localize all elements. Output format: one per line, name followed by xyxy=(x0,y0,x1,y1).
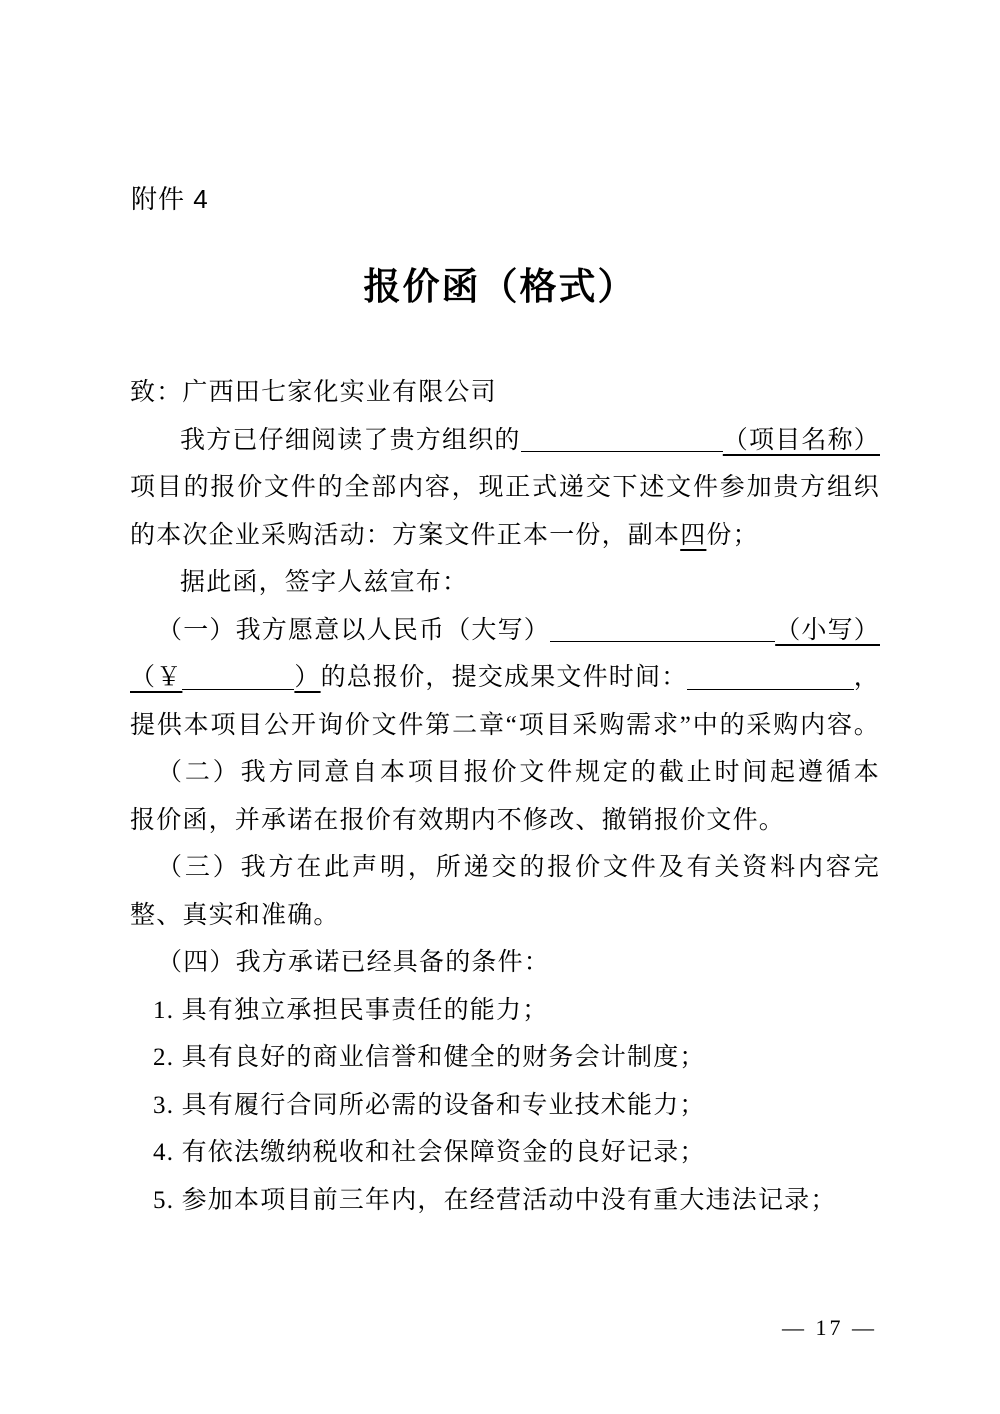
intro-line-3: 的本次企业采购活动：方案文件正本一份，副本四份； xyxy=(130,512,880,560)
clause-1-line-2-text: 的总报价，提交成果文件时间： xyxy=(321,654,688,702)
condition-item-2: 2. 具有良好的商业信誉和健全的财务会计制度； xyxy=(130,1034,880,1082)
copies-count-underlined: 四 xyxy=(680,522,706,549)
clause-2-line-1: （二）我方同意自本项目报价文件规定的截止时间起遵循本 xyxy=(130,749,880,797)
page-number: — 17 — xyxy=(782,1314,877,1342)
clause-2-line-2: 报价函，并承诺在报价有效期内不修改、撤销报价文件。 xyxy=(130,797,880,845)
yuan-open-paren: （￥ xyxy=(130,654,182,702)
condition-item-5: 5. 参加本项目前三年内，在经营活动中没有重大违法记录； xyxy=(130,1177,880,1225)
clause-1-line-3: 提供本项目公开询价文件第二章“项目采购需求”中的采购内容。 xyxy=(130,702,880,750)
condition-item-3: 3. 具有履行合同所必需的设备和专业技术能力； xyxy=(130,1082,880,1130)
project-name-hint: （项目名称） xyxy=(723,417,880,465)
intro-line-3-post: 份； xyxy=(706,522,758,549)
intro-line-3-pre: 的本次企业采购活动：方案文件正本一份，副本 xyxy=(130,522,680,549)
clause-1-text: （一）我方愿意以人民币（大写） xyxy=(157,607,550,655)
clause-3-line-2: 整、真实和准确。 xyxy=(130,892,880,940)
intro-line-1: 我方已仔细阅读了贵方组织的 （项目名称） xyxy=(130,417,880,465)
declaration-lead-line: 据此函，签字人兹宣布： xyxy=(130,559,880,607)
intro-text: 我方已仔细阅读了贵方组织的 xyxy=(180,417,521,465)
condition-item-4: 4. 有依法缴纳税收和社会保障资金的良好记录； xyxy=(130,1129,880,1177)
clause-3-line-1: （三）我方在此声明，所递交的报价文件及有关资料内容完 xyxy=(130,844,880,892)
condition-item-1: 1. 具有独立承担民事责任的能力； xyxy=(130,987,880,1035)
blank-amount-numeric xyxy=(182,689,294,690)
blank-project-name xyxy=(521,451,723,452)
blank-amount-in-words xyxy=(550,641,775,642)
document-title: 报价函（格式） xyxy=(0,266,1000,310)
document-page: 附件 4 报价函（格式） 致：广西田七家化实业有限公司 我方已仔细阅读了贵方组织… xyxy=(0,0,1000,1414)
blank-delivery-time xyxy=(687,689,853,690)
attachment-label: 附件 4 xyxy=(131,183,209,215)
clause-1-line-2-comma: ， xyxy=(854,654,880,702)
clause-1-line-2: （￥ ） 的总报价，提交成果文件时间： ， xyxy=(130,654,880,702)
intro-line-2: 项目的报价文件的全部内容，现正式递交下述文件参加贵方组织 xyxy=(130,464,880,512)
document-body: 致：广西田七家化实业有限公司 我方已仔细阅读了贵方组织的 （项目名称） 项目的报… xyxy=(130,369,880,1224)
clause-4-line-1: （四）我方承诺已经具备的条件： xyxy=(130,939,880,987)
clause-1-line-1: （一）我方愿意以人民币（大写） （小写） xyxy=(130,607,880,655)
salutation-line: 致：广西田七家化实业有限公司 xyxy=(130,369,880,417)
yuan-close-paren: ） xyxy=(294,654,320,702)
amount-numeric-hint: （小写） xyxy=(775,607,880,655)
